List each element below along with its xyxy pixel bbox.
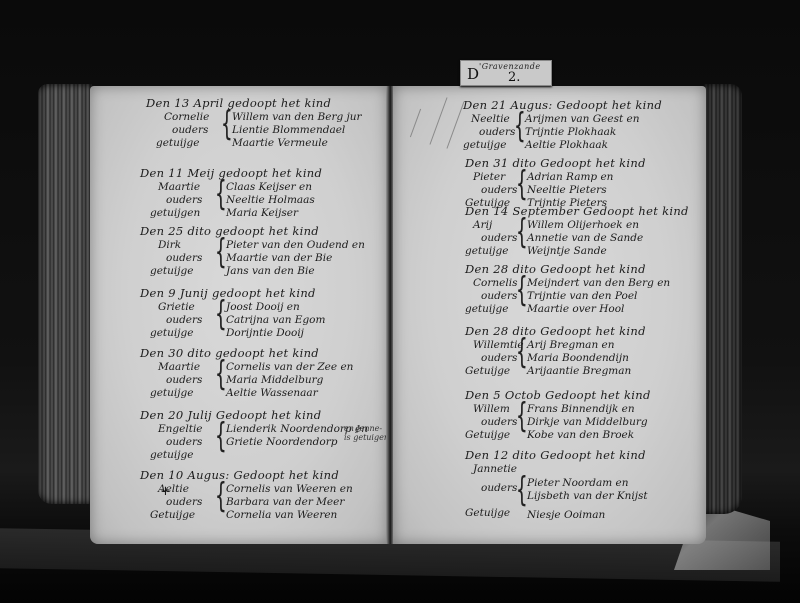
- archive-series-letter: D: [467, 65, 479, 83]
- page-edge-stack-left: [38, 84, 92, 504]
- entry-date-line: Den 12 dito Gedoopt het kind: [465, 448, 646, 462]
- witness-label: Getuijge: [150, 509, 218, 522]
- child-name: Grietie: [150, 301, 218, 314]
- scanned-register-image: Den 13 April gedoopt het kind Cornelie o…: [0, 0, 800, 603]
- entry-date-line: Den 21 Augus: Gedoopt het kind: [463, 98, 662, 112]
- entry-date-line: Den 20 Julij Gedoopt het kind: [140, 408, 321, 422]
- witness-name: Arijaantie Bregman: [527, 365, 631, 378]
- father-name: Adrian Ramp en: [527, 171, 613, 184]
- mother-name: Trijntie Plokhaak: [525, 126, 640, 139]
- witness-label: getuijge: [150, 449, 218, 462]
- page-edge-stack-right: [704, 84, 742, 514]
- entry-date-line: Den 25 dito gedoopt het kind: [140, 224, 319, 238]
- entry-date-line: Den 31 dito Gedoopt het kind: [465, 156, 646, 170]
- pencil-stroke: [429, 97, 447, 144]
- baptism-entry: Den 12 dito Gedoopt het kind Jannetie ou…: [465, 448, 646, 523]
- witness-name: Aeltie Plokhaak: [525, 139, 640, 152]
- baptism-entry: Den 20 Julij Gedoopt het kind Engeltie o…: [140, 408, 321, 463]
- archive-volume-number: 2.: [508, 70, 520, 85]
- archive-label: D 'Gravenzande 2.: [460, 60, 552, 86]
- mother-name: Trijntie van den Poel: [527, 290, 670, 303]
- margin-note: en Jenne- is getuigen: [344, 424, 389, 442]
- brace-icon: {: [215, 357, 227, 391]
- parents-label: ouders: [150, 436, 218, 449]
- baptism-entry: Den 25 dito gedoopt het kind Dirk ouders…: [140, 224, 319, 279]
- baptism-entry: Den 11 Meij gedoopt het kind Maartie oud…: [140, 166, 322, 221]
- pencil-stroke: [410, 109, 421, 138]
- mother-name: Catrijna van Egom: [226, 314, 325, 327]
- mother-name: Maartie van der Bie: [226, 252, 365, 265]
- brace-icon: {: [516, 335, 528, 369]
- brace-icon: {: [215, 177, 227, 211]
- father-name: Meijndert van den Berg en: [527, 277, 670, 290]
- mother-name: Neeltie Pieters: [527, 184, 613, 197]
- baptism-entry: Den 31 dito Gedoopt het kind Pieter oude…: [465, 156, 646, 211]
- entry-date-line: Den 13 April gedoopt het kind: [146, 96, 331, 110]
- entry-date-line: Den 14 September Gedoopt het kind: [465, 204, 689, 218]
- baptism-entry: Den 13 April gedoopt het kind Cornelie o…: [146, 96, 331, 151]
- witness-name: Maartie over Hool: [527, 303, 670, 316]
- brace-icon: {: [516, 215, 528, 249]
- child-name: Maartie: [150, 181, 218, 194]
- mother-name: Maria Middelburg: [226, 374, 353, 387]
- baptism-entry: Den 9 Junij gedoopt het kind Grietie oud…: [140, 286, 316, 341]
- parents-label: ouders: [150, 194, 218, 207]
- mother-name: Lijsbeth van der Knijst: [527, 490, 648, 503]
- mother-name: Maria Boondendijn: [527, 352, 631, 365]
- brace-icon: {: [221, 107, 233, 141]
- entry-date-line: Den 5 Octob Gedoopt het kind: [465, 388, 651, 402]
- right-page: Den 21 Augus: Gedoopt het kind Neeltie o…: [393, 86, 706, 544]
- entry-date-line: Den 28 dito Gedoopt het kind: [465, 262, 646, 276]
- brace-icon: {: [516, 167, 528, 201]
- child-name: Engeltie: [150, 423, 218, 436]
- baptism-entry: Den 28 dito Gedoopt het kind Willemtie o…: [465, 324, 646, 379]
- witness-name: Jans van den Bie: [226, 265, 365, 278]
- parents-label: ouders: [156, 124, 224, 137]
- entry-date-line: Den 9 Junij gedoopt het kind: [140, 286, 316, 300]
- left-page: Den 13 April gedoopt het kind Cornelie o…: [90, 86, 388, 544]
- mother-name: Barbara van der Meer: [226, 496, 353, 509]
- baptism-entry: Den 21 Augus: Gedoopt het kind Neeltie o…: [463, 98, 662, 153]
- father-name: Arijmen van Geest en: [525, 113, 640, 126]
- parents-label: ouders: [150, 252, 218, 265]
- child-name: Maartie: [150, 361, 218, 374]
- baptism-entry: Den 14 September Gedoopt het kind Arij o…: [465, 204, 689, 259]
- baptism-entry: Den 30 dito gedoopt het kind Maartie oud…: [140, 346, 319, 401]
- brace-icon: {: [215, 419, 227, 453]
- brace-icon: {: [516, 273, 528, 307]
- mother-name: Neeltie Holmaas: [226, 194, 315, 207]
- child-name: Dirk: [150, 239, 218, 252]
- witness-label: getuijge: [150, 265, 218, 278]
- witness-name: Aeltie Wassenaar: [226, 387, 353, 400]
- father-name: Frans Binnendijk en: [527, 403, 648, 416]
- witness-label: getuijge: [156, 137, 224, 150]
- baptism-entry: Den 28 dito Gedoopt het kind Cornelis ou…: [465, 262, 646, 317]
- witness-name: Niesje Ooiman: [527, 509, 648, 522]
- brace-icon: {: [514, 109, 526, 143]
- entry-date-line: Den 30 dito gedoopt het kind: [140, 346, 319, 360]
- father-name: Willem Olijerhoek en: [527, 219, 643, 232]
- witness-name: Cornelia van Weeren: [226, 509, 353, 522]
- father-name: Willem van den Berg jur: [232, 111, 362, 124]
- witness-name: Maria Keijser: [226, 207, 315, 220]
- pencil-stroke: [446, 101, 464, 148]
- father-name: Claas Keijser en: [226, 181, 315, 194]
- baptism-entry: Den 5 Octob Gedoopt het kind Willem oude…: [465, 388, 651, 443]
- parents-label: ouders: [150, 314, 218, 327]
- entry-date-line: Den 11 Meij gedoopt het kind: [140, 166, 322, 180]
- entry-date-line: Den 28 dito Gedoopt het kind: [465, 324, 646, 338]
- father-name: Pieter van den Oudend en: [226, 239, 365, 252]
- brace-icon: {: [215, 235, 227, 269]
- witness-label: getuijge: [150, 387, 218, 400]
- witness-name: Kobe van den Broek: [527, 429, 648, 442]
- brace-icon: {: [215, 297, 227, 331]
- cross-marker-icon: +: [160, 484, 171, 499]
- brace-icon: {: [215, 479, 227, 513]
- father-name: Arij Bregman en: [527, 339, 631, 352]
- entry-date-line: Den 10 Augus: Gedoopt het kind: [140, 468, 339, 482]
- father-name: Joost Dooij en: [226, 301, 325, 314]
- witness-name: Maartie Vermeule: [232, 137, 362, 150]
- child-name: Cornelie: [156, 111, 224, 124]
- mother-name: Annetie van de Sande: [527, 232, 643, 245]
- mother-name: Dirkje van Middelburg: [527, 416, 648, 429]
- parents-label: ouders: [150, 374, 218, 387]
- witness-label: getuijgen: [150, 207, 218, 220]
- witness-name: Dorijntie Dooij: [226, 327, 325, 340]
- witness-name: Weijntje Sande: [527, 245, 643, 258]
- witness-label: getuijge: [150, 327, 218, 340]
- brace-icon: {: [516, 399, 528, 433]
- father-name: Cornelis van Weeren en: [226, 483, 353, 496]
- brace-icon: {: [516, 473, 528, 507]
- mother-name: Lientie Blommendael: [232, 124, 362, 137]
- father-name: Cornelis van der Zee en: [226, 361, 353, 374]
- father-name: Pieter Noordam en: [527, 477, 648, 490]
